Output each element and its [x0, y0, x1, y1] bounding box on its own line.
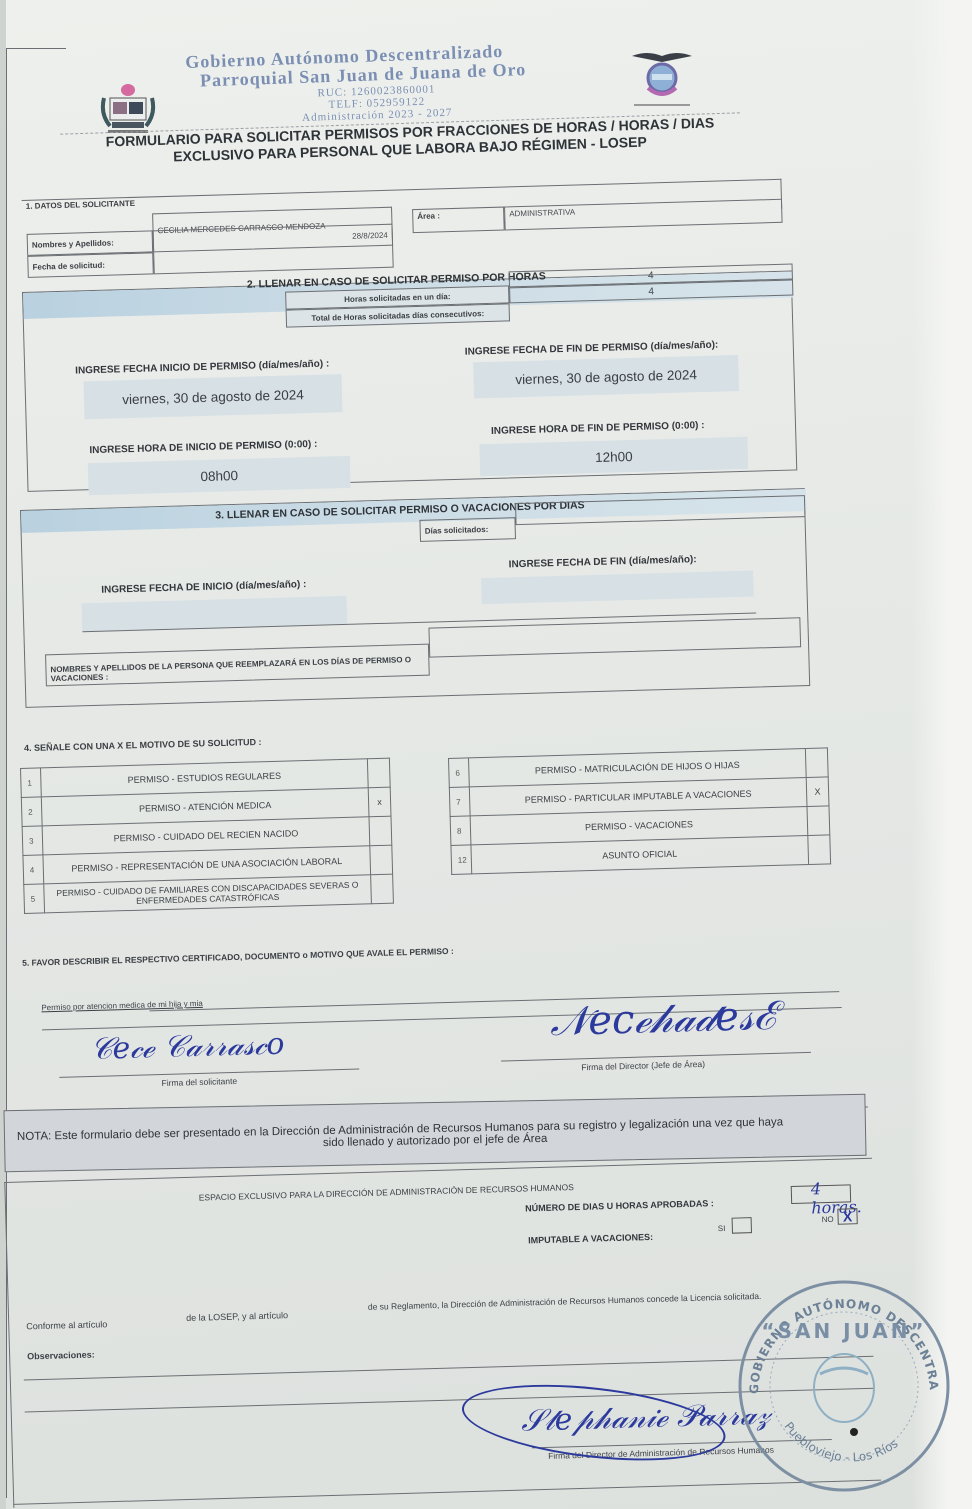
end-date-field[interactable]: viernes, 30 de agosto de 2024	[473, 355, 739, 398]
replacement-label: NOMBRES Y APELLIDOS DE LA PERSONA QUE RE…	[45, 644, 430, 687]
applicant-signature-label: Firma del solicitante	[161, 1076, 237, 1088]
days-requested-label: Días solicitados:	[419, 517, 516, 542]
section-2-hours: 2. LLENAR EN CASO DE SOLICITAR PERMISO P…	[22, 271, 797, 492]
page-border-top	[6, 48, 66, 49]
reason-checkbox-right-6[interactable]	[805, 748, 828, 778]
si-label: SI	[718, 1224, 726, 1233]
conforme-text-3: de su Reglamento, la Dirección de Admini…	[368, 1291, 762, 1312]
reason-checkbox-right-8[interactable]	[807, 806, 830, 836]
section-1-applicant-data: 1. DATOS DEL SOLICITANTE Nombres y Apell…	[22, 191, 782, 212]
reason-checkbox-left-3[interactable]	[369, 816, 392, 846]
reason-checkbox-right-12[interactable]	[808, 835, 831, 865]
section-5-justification: 5. FAVOR DESCRIBIR EL RESPECTIVO CERTIFI…	[18, 935, 852, 1098]
form-title-block: FORMULARIO PARA SOLICITAR PERMISOS POR F…	[60, 124, 760, 157]
reason-number: 5	[24, 884, 45, 914]
ecuador-coat-of-arms-icon	[622, 48, 702, 113]
reason-number: 12	[451, 845, 472, 875]
days-end-field[interactable]	[481, 571, 754, 605]
reason-checkbox-left-4[interactable]	[370, 845, 393, 875]
hr-section-title: ESPACIO EXCLUSIVO PARA LA DIRECCIÓN DE A…	[199, 1182, 574, 1202]
section-4-title: 4. SEÑALE CON UNA X EL MOTIVO DE SU SOLI…	[24, 737, 262, 753]
request-date-field[interactable]: 28/8/2024	[153, 224, 394, 275]
observations-label: Observaciones:	[27, 1350, 95, 1362]
reason-number: 4	[23, 855, 44, 885]
vacation-imputable-label: IMPUTABLE A VACACIONES:	[528, 1232, 653, 1245]
director-signature: 𝒩𝑒𝑐ℯ𝒽𝒶𝒹𝑒𝓈ℰ	[549, 993, 777, 1045]
svg-text:“SAN JUAN”: “SAN JUAN”	[761, 1319, 926, 1343]
replacement-field[interactable]	[428, 617, 801, 657]
reason-number: 8	[450, 816, 471, 846]
reason-checkbox-left-1[interactable]	[367, 758, 390, 788]
section-4-title-wrap: 4. SEÑALE CON UNA X EL MOTIVO DE SU SOLI…	[24, 740, 262, 750]
end-time-label: INGRESE HORA DE FIN DE PERMISO (0:00) :	[491, 420, 705, 437]
no-checkbox[interactable]: X	[837, 1208, 857, 1225]
reason-checkbox-left-5[interactable]	[371, 874, 394, 904]
reasons-right-table: 6PERMISO - MATRICULACIÓN DE HIJOS O HIJA…	[448, 747, 831, 875]
start-date-label: INGRESE FECHA INICIO DE PERMISO (día/mes…	[75, 358, 329, 376]
start-time-field[interactable]: 08h00	[88, 456, 351, 495]
conforme-text-1: Conforme al artículo	[26, 1319, 107, 1331]
start-date-field[interactable]: viernes, 30 de agosto de 2024	[84, 374, 343, 419]
start-time-label: INGRESE HORA DE INICIO DE PERMISO (0:00)…	[89, 439, 317, 456]
no-label: NO	[822, 1215, 834, 1224]
reason-number: 7	[449, 787, 470, 817]
reason-checkbox-right-7[interactable]: X	[806, 777, 829, 807]
reason-checkbox-left-2[interactable]: x	[368, 787, 391, 817]
days-start-label: INGRESE FECHA DE INICIO (día/mes/año) :	[101, 579, 306, 596]
area-label: Área :	[412, 207, 505, 234]
reasons-left-table: 1PERMISO - ESTUDIOS REGULARES2PERMISO - …	[20, 758, 394, 914]
end-date-label: INGRESE FECHA DE FIN DE PERMISO (día/mes…	[465, 340, 719, 358]
reason-number: 1	[21, 768, 42, 798]
reason-number: 3	[22, 826, 43, 856]
section-5-title: 5. FAVOR DESCRIBIR EL RESPECTIVO CERTIFI…	[22, 946, 454, 968]
end-time-field[interactable]: 12h00	[479, 437, 748, 476]
director-signature-label: Firma del Director (Jefe de Área)	[581, 1059, 705, 1072]
letterhead: Gobierno Autónomo Descentralizado Parroq…	[185, 37, 607, 128]
conforme-text-2: de la LOSEP, y al artículo	[186, 1310, 288, 1323]
reason-number: 2	[21, 797, 42, 827]
days-end-label: INGRESE FECHA DE FIN (día/mes/año):	[509, 554, 697, 570]
approved-label: NÚMERO DE DIAS U HORAS APROBADAS :	[525, 1198, 714, 1213]
scanned-form-page: Gobierno Autónomo Descentralizado Parroq…	[0, 0, 972, 1509]
svg-text:Puebloviejo - Los Ríos: Puebloviejo - Los Ríos	[781, 1419, 900, 1464]
section-3-days: 3. LLENAR EN CASO DE SOLICITAR PERMISO O…	[20, 488, 810, 708]
request-date-label: Fecha de solicitud:	[27, 252, 154, 278]
si-checkbox[interactable]	[732, 1217, 752, 1234]
reason-number: 6	[449, 758, 470, 788]
applicant-signature: 𝒞𝑒𝒸ℯ 𝒞𝒶𝓇𝓇𝒶𝓈𝒸𝑜	[90, 1027, 285, 1067]
official-stamp: GOBIERNO AUTÓNOMO DESCENTRALIZADO PARROQ…	[734, 1276, 954, 1496]
